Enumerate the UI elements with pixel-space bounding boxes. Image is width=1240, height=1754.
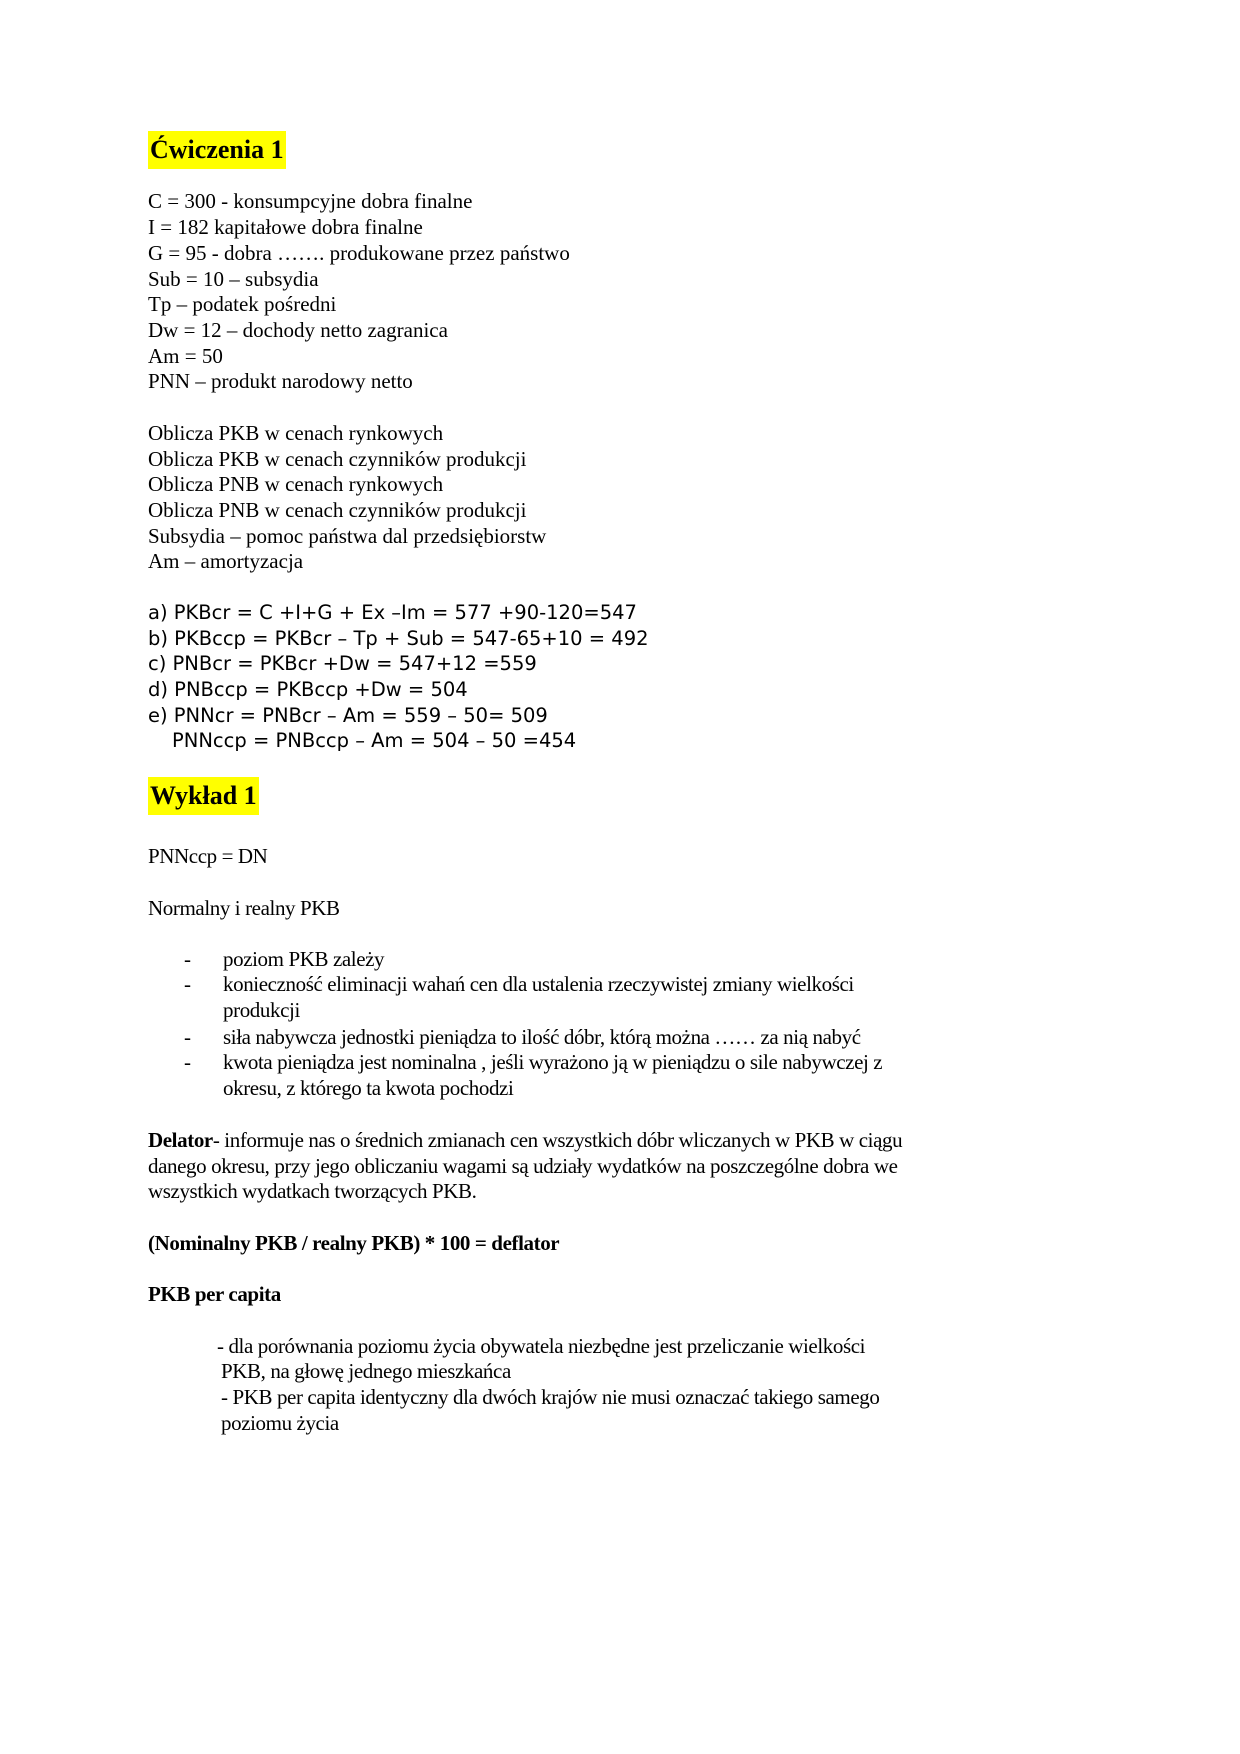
definition-line: I = 182 kapitałowe dobra finalne — [148, 213, 423, 241]
deflator-text: - informuje nas o średnich zmianach cen … — [213, 1128, 902, 1152]
bullet-text: okresu, z którego ta kwota pochodzi — [223, 1075, 513, 1101]
solution-line: e) PNNcr = PNBcr – Am = 559 – 50= 509 — [148, 702, 548, 730]
bullet-text: kwota pieniądza jest nominalna , jeśli w… — [223, 1049, 882, 1075]
task-line: Oblicza PKB w cenach czynników produkcji — [148, 445, 526, 473]
deflator-term: Delator — [148, 1128, 213, 1152]
bullet-text: poziom PKB zależy — [223, 945, 384, 973]
bullet-text: konieczność eliminacji wahań cen dla ust… — [223, 971, 854, 997]
task-line: Oblicza PNB w cenach rynkowych — [148, 470, 443, 498]
definition-line: Am = 50 — [148, 342, 223, 370]
heading-wyklad: Wykład 1 — [148, 777, 259, 815]
definition-line: C = 300 - konsumpcyjne dobra finalne — [148, 187, 472, 215]
definition-line: Tp – podatek pośredni — [148, 290, 336, 318]
deflator-formula: (Nominalny PKB / realny PKB) * 100 = def… — [148, 1229, 559, 1257]
deflator-line: Delator- informuje nas o średnich zmiana… — [148, 1126, 902, 1154]
bullet-marker: - — [184, 1049, 191, 1075]
bullet-text: siła nabywcza jednostki pieniądza to ilo… — [223, 1023, 861, 1051]
heading-cwiczenia: Ćwiczenia 1 — [148, 131, 286, 169]
deflator-line: danego okresu, przy jego obliczaniu waga… — [148, 1152, 898, 1180]
definition-line: Dw = 12 – dochody netto zagranica — [148, 316, 448, 344]
per-capita-line: poziomu życia — [221, 1409, 339, 1437]
solution-line: d) PNBccp = PKBccp +Dw = 504 — [148, 676, 468, 704]
task-line: Oblicza PNB w cenach czynników produkcji — [148, 496, 526, 524]
per-capita-line: PKB, na głowę jednego mieszkańca — [221, 1357, 511, 1385]
lecture-line: Normalny i realny PKB — [148, 894, 340, 922]
lecture-line: PNNccp = DN — [148, 842, 267, 870]
per-capita-line: - dla porównania poziomu życia obywatela… — [217, 1332, 865, 1360]
solution-line: c) PNBcr = PKBcr +Dw = 547+12 =559 — [148, 650, 537, 678]
bullet-marker: - — [184, 971, 191, 997]
task-line: Oblicza PKB w cenach rynkowych — [148, 419, 443, 447]
bullet-marker: - — [184, 1023, 191, 1051]
task-line: Subsydia – pomoc państwa dal przedsiębio… — [148, 522, 546, 550]
definition-line: G = 95 - dobra ……. produkowane przez pań… — [148, 239, 570, 267]
task-line: Am – amortyzacja — [148, 547, 303, 575]
per-capita-heading: PKB per capita — [148, 1280, 281, 1308]
solution-line: b) PKBccp = PKBcr – Tp + Sub = 547-65+10… — [148, 625, 649, 653]
per-capita-line: - PKB per capita identyczny dla dwóch kr… — [221, 1383, 879, 1411]
deflator-line: wszystkich wydatkach tworzących PKB. — [148, 1177, 477, 1205]
definition-line: Sub = 10 – subsydia — [148, 265, 319, 293]
solution-line: a) PKBcr = C +I+G + Ex –Im = 577 +90-120… — [148, 599, 637, 627]
definition-line: PNN – produkt narodowy netto — [148, 367, 413, 395]
solution-line: PNNccp = PNBccp – Am = 504 – 50 =454 — [172, 727, 576, 755]
bullet-marker: - — [184, 945, 191, 973]
bullet-text: produkcji — [223, 997, 300, 1023]
